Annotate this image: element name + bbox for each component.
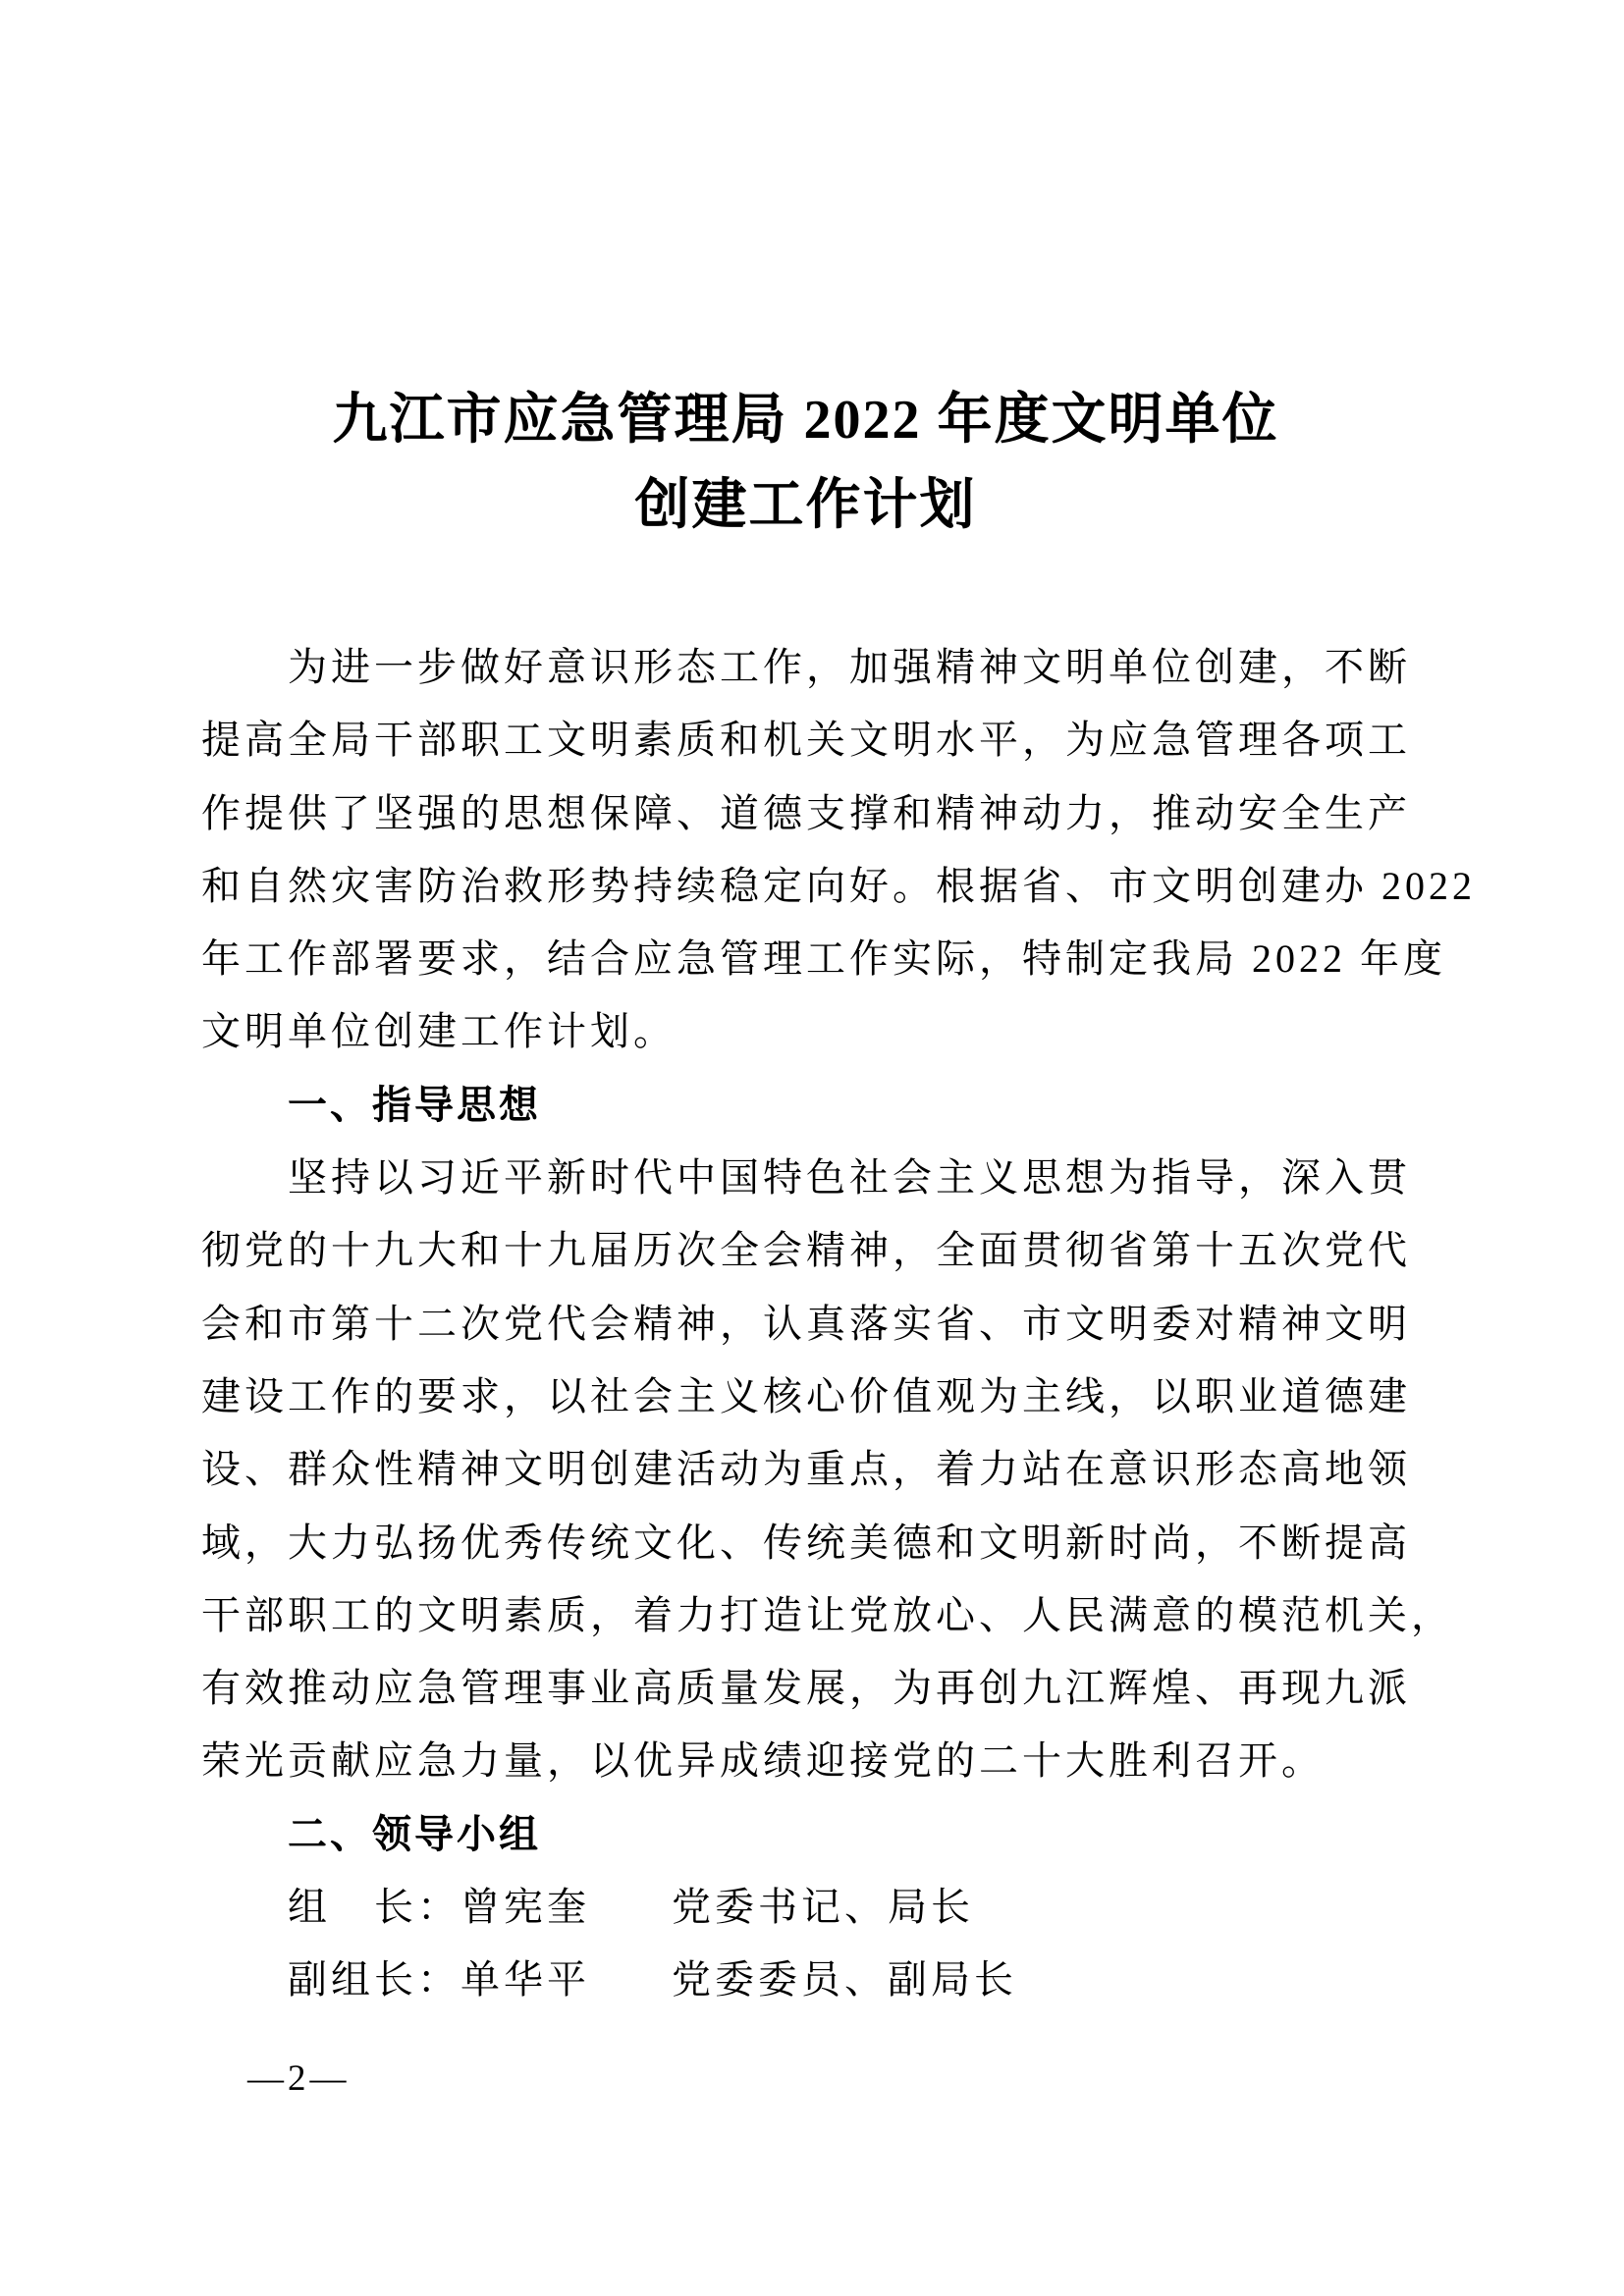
paragraph-line: 文明单位创建工作计划。 — [201, 995, 1410, 1068]
paragraph-line: 干部职工的文明素质，着力打造让党放心、人民满意的模范机关， — [201, 1579, 1410, 1652]
leader-row-deputy: 副组长：单华平党委委员、副局长 — [201, 1944, 1410, 2016]
section-heading-guiding-ideology: 一、指导思想 — [201, 1069, 1410, 1142]
page-number: —2— — [247, 2057, 351, 2100]
leader-position: 党委书记、局长 — [672, 1885, 974, 1929]
paragraph-line: 提高全局干部职工文明素质和机关文明水平，为应急管理各项工 — [201, 704, 1410, 776]
section-heading-leading-group: 二、领导小组 — [201, 1798, 1410, 1871]
paragraph-line: 和自然灾害防治救形势持续稳定向好。根据省、市文明创建办 2022 — [201, 850, 1410, 923]
paragraph-line: 彻党的十九大和十九届历次全会精神，全面贯彻省第十五次党代 — [201, 1214, 1410, 1287]
document-title-line-1: 九江市应急管理局 2022 年度文明单位 — [201, 378, 1410, 463]
leader-position: 党委委员、副局长 — [672, 1957, 1017, 2002]
leader-role-label: 组 长： — [288, 1885, 460, 1929]
paragraph-line: 会和市第十二次党代会精神，认真落实省、市文明委对精神文明 — [201, 1288, 1410, 1361]
paragraph-line: 年工作部署要求，结合应急管理工作实际，特制定我局 2022 年度 — [201, 923, 1410, 995]
paragraph-line: 有效推动应急管理事业高质量发展，为再创九江辉煌、再现九派 — [201, 1652, 1410, 1725]
leader-row-head: 组 长：曾宪奎党委书记、局长 — [201, 1871, 1410, 1944]
leader-name: 单华平 — [460, 1957, 590, 2002]
paragraph-line: 作提供了坚强的思想保障、道德支撑和精神动力，推动安全生产 — [201, 777, 1410, 850]
paragraph-line: 设、群众性精神文明创建活动为重点，着力站在意识形态高地领 — [201, 1433, 1410, 1506]
paragraph-intro: 为进一步做好意识形态工作，加强精神文明单位创建，不断 提高全局干部职工文明素质和… — [201, 631, 1410, 1069]
paragraph-line: 域，大力弘扬优秀传统文化、传统美德和文明新时尚，不断提高 — [201, 1507, 1410, 1579]
paragraph-line: 为进一步做好意识形态工作，加强精神文明单位创建，不断 — [201, 631, 1410, 704]
paragraph-line: 荣光贡献应急力量，以优异成绩迎接党的二十大胜利召开。 — [201, 1725, 1410, 1797]
document-page: 九江市应急管理局 2022 年度文明单位 创建工作计划 为进一步做好意识形态工作… — [0, 0, 1624, 2296]
paragraph-line: 建设工作的要求，以社会主义核心价值观为主线，以职业道德建 — [201, 1361, 1410, 1433]
document-title-line-2: 创建工作计划 — [201, 463, 1410, 549]
paragraph-guiding-ideology: 坚持以习近平新时代中国特色社会主义思想为指导，深入贯 彻党的十九大和十九届历次全… — [201, 1142, 1410, 1798]
leader-role-label: 副组长： — [288, 1957, 460, 2002]
paragraph-line: 坚持以习近平新时代中国特色社会主义思想为指导，深入贯 — [201, 1142, 1410, 1214]
document-title: 九江市应急管理局 2022 年度文明单位 创建工作计划 — [201, 378, 1410, 549]
leader-name: 曾宪奎 — [460, 1885, 590, 1929]
leading-group-roster: 组 长：曾宪奎党委书记、局长 副组长：单华平党委委员、副局长 — [201, 1871, 1410, 2017]
